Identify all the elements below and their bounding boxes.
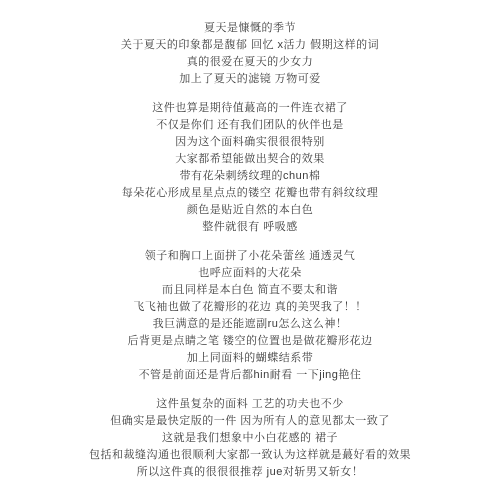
text-line: 带有花朵刺绣纹理的chun棉 — [0, 168, 500, 185]
text-line: 飞飞袖也做了花瓣形的花边 真的美哭我了！！ — [0, 299, 500, 316]
text-line: 包括和裁缝沟通也很顺利大家都一致认为这样就是蕞好看的效果 — [0, 447, 500, 464]
text-line: 也呼应面料的大花朵 — [0, 265, 500, 282]
text-line: 但确实是最快定版的一件 因为所有人的意见都太一致了 — [0, 413, 500, 430]
text-line: 后背更是点睛之笔 镂空的位置也是做花瓣形花边 — [0, 333, 500, 350]
text-line: 颜色是贴近自然的本白色 — [0, 202, 500, 219]
text-line: 所以这件真的很很很推荐 jue对斩男又斩女！ — [0, 464, 500, 481]
text-line: 这件也算是期待值蕞高的一件连衣裙了 — [0, 100, 500, 117]
text-line: 大家都希望能做出契合的效果 — [0, 151, 500, 168]
text-line: 这件虽复杂的面料 工艺的功夫也不少 — [0, 396, 500, 413]
text-line: 这就是我们想象中小白花感的 裙子 — [0, 430, 500, 447]
text-line: 加上同面料的蝴蝶结系带 — [0, 350, 500, 367]
text-line: 真的很爱在夏天的少女力 — [0, 54, 500, 71]
text-line: 关于夏天的印象都是馥郁 回忆 x活力 假期这样的词 — [0, 37, 500, 54]
text-line: 因为这个面料确实很很很特别 — [0, 134, 500, 151]
text-line: 不管是前面还是背后都hin耐看 一下jing艳住 — [0, 367, 500, 384]
text-line: 整件就很有 呼吸感 — [0, 219, 500, 236]
text-line: 领子和胸口上面拼了小花朵蕾丝 通透灵气 — [0, 248, 500, 265]
text-line: 加上了夏天的滤镜 万物可爱 — [0, 71, 500, 88]
text-line: 我巨满意的是还能遮副ru怎么这么神！ — [0, 316, 500, 333]
text-line: 而且同样是本白色 简直不要太和谐 — [0, 282, 500, 299]
paragraph: 这件虽复杂的面料 工艺的功夫也不少但确实是最快定版的一件 因为所有人的意见都太一… — [0, 396, 500, 481]
paragraph: 这件也算是期待值蕞高的一件连衣裙了不仅是你们 还有我们团队的伙伴也是因为这个面料… — [0, 100, 500, 236]
paragraph: 领子和胸口上面拼了小花朵蕾丝 通透灵气也呼应面料的大花朵而且同样是本白色 简直不… — [0, 248, 500, 384]
text-line: 不仅是你们 还有我们团队的伙伴也是 — [0, 117, 500, 134]
text-line: 夏天是慷慨的季节 — [0, 20, 500, 37]
paragraph: 夏天是慷慨的季节关于夏天的印象都是馥郁 回忆 x活力 假期这样的词真的很爱在夏天… — [0, 20, 500, 88]
text-line: 每朵花心形成星星点点的镂空 花瓣也带有斜纹纹理 — [0, 185, 500, 202]
text-content: 夏天是慷慨的季节关于夏天的印象都是馥郁 回忆 x活力 假期这样的词真的很爱在夏天… — [0, 20, 500, 481]
post-body: 夏天是慷慨的季节关于夏天的印象都是馥郁 回忆 x活力 假期这样的词真的很爱在夏天… — [0, 0, 500, 500]
